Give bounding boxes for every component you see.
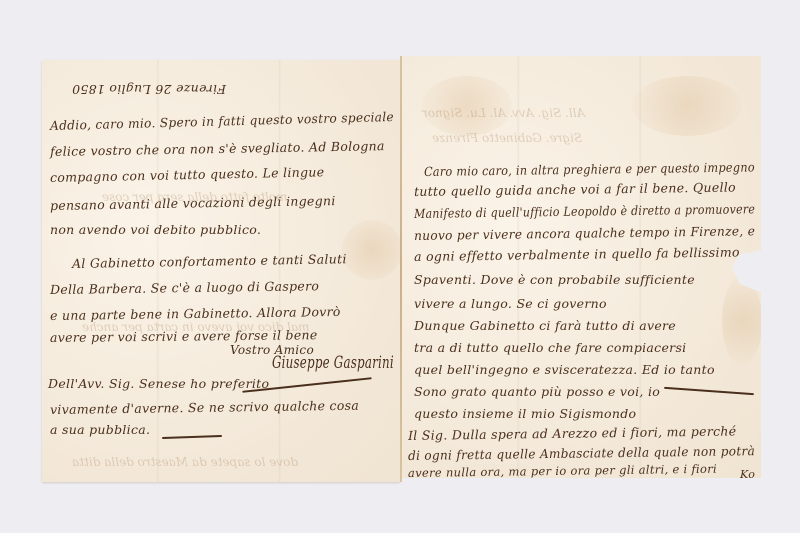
letter-line: tutto quello guida anche voi a far il be…: [414, 180, 736, 199]
letter-line: compagno con voi tutto questo. Le lingue: [50, 164, 325, 185]
bleed-through-text: Sigre. Gabinetto Firenze: [432, 131, 582, 145]
letter-line: Addio, caro mio. Spero in fatti questo v…: [50, 109, 394, 133]
line-flourish: [664, 387, 754, 395]
letter-line: questo insieme il mio Sigismondo: [414, 406, 636, 421]
letter-line: Della Barbera. Se c'è a luogo di Gaspero: [50, 278, 319, 297]
corner-mark: Ko: [740, 468, 755, 481]
letter-line: pensano avanti alle vocazioni degli inge…: [50, 193, 336, 213]
bleed-through-text: All. Sig. Avv. Al. Lu. Signor: [422, 106, 585, 120]
letter-line: di quei libri di ogni fatto ha fare, e d…: [408, 478, 755, 498]
letter-line: Dunque Gabinetto ci farà tutto di avere: [414, 318, 676, 333]
ink-stain: [342, 220, 402, 280]
postscript-line: vivamente d'averne. Se ne scrivo qualche…: [50, 398, 359, 417]
letter-line: Il Sig. Dulla spera ad Arezzo ed i fiori…: [408, 423, 737, 443]
left-letter-page: mal dico voi avevo in carta per anche do…: [42, 60, 400, 482]
postscript-line: a sua pubblica.: [50, 422, 150, 437]
letter-line: avere nulla ora, ma per io ora per gli a…: [408, 462, 717, 480]
letter-line: Sono grato quanto più posso e voi, io: [414, 384, 660, 399]
letter-line: non avendo voi debito pubblico.: [50, 222, 261, 237]
underline-flourish: [162, 435, 222, 439]
letter-line: vivere a lungo. Se ci governo: [414, 296, 607, 311]
letter-line: Al Gabinetto confortamento e tanti Salut…: [72, 251, 347, 271]
bleed-through-text: dove lo sapete da Maestro della ditta: [72, 455, 298, 469]
signature: Giuseppe Gasparini: [272, 353, 394, 373]
letter-line: quel bell'ingegno e svisceratezza. Ed io…: [414, 362, 715, 377]
page-fold: [400, 56, 402, 482]
letter-line: Manifesto di quell'ufficio Leopoldo è di…: [414, 201, 755, 221]
letter-line: Caro mio caro, in altra preghiera e per …: [424, 159, 755, 179]
letter-line: a ogni effetto verbalmente in quello fa …: [414, 244, 740, 264]
letter-line: di ogni fretta quelle Ambasciate della q…: [408, 443, 755, 463]
ink-stain: [722, 276, 762, 366]
postscript-line: Dell'Avv. Sig. Senese ho preferito: [48, 376, 269, 391]
ink-stain: [632, 76, 742, 136]
letter-line: felice vostro che ora non s'è svegliato.…: [50, 138, 385, 159]
letter-line: nuovo per vivere ancora qualche tempo in…: [414, 223, 755, 243]
letter-line: tra a di tutto quello che fare compiacer…: [414, 340, 686, 355]
letter-line: Spaventi. Dove è con probabile sufficien…: [414, 272, 695, 287]
right-letter-page: All. Sig. Avv. Al. Lu. Signor Sigre. Gab…: [402, 56, 761, 478]
dateline: Firenze 26 Luglio 1850: [72, 82, 226, 97]
